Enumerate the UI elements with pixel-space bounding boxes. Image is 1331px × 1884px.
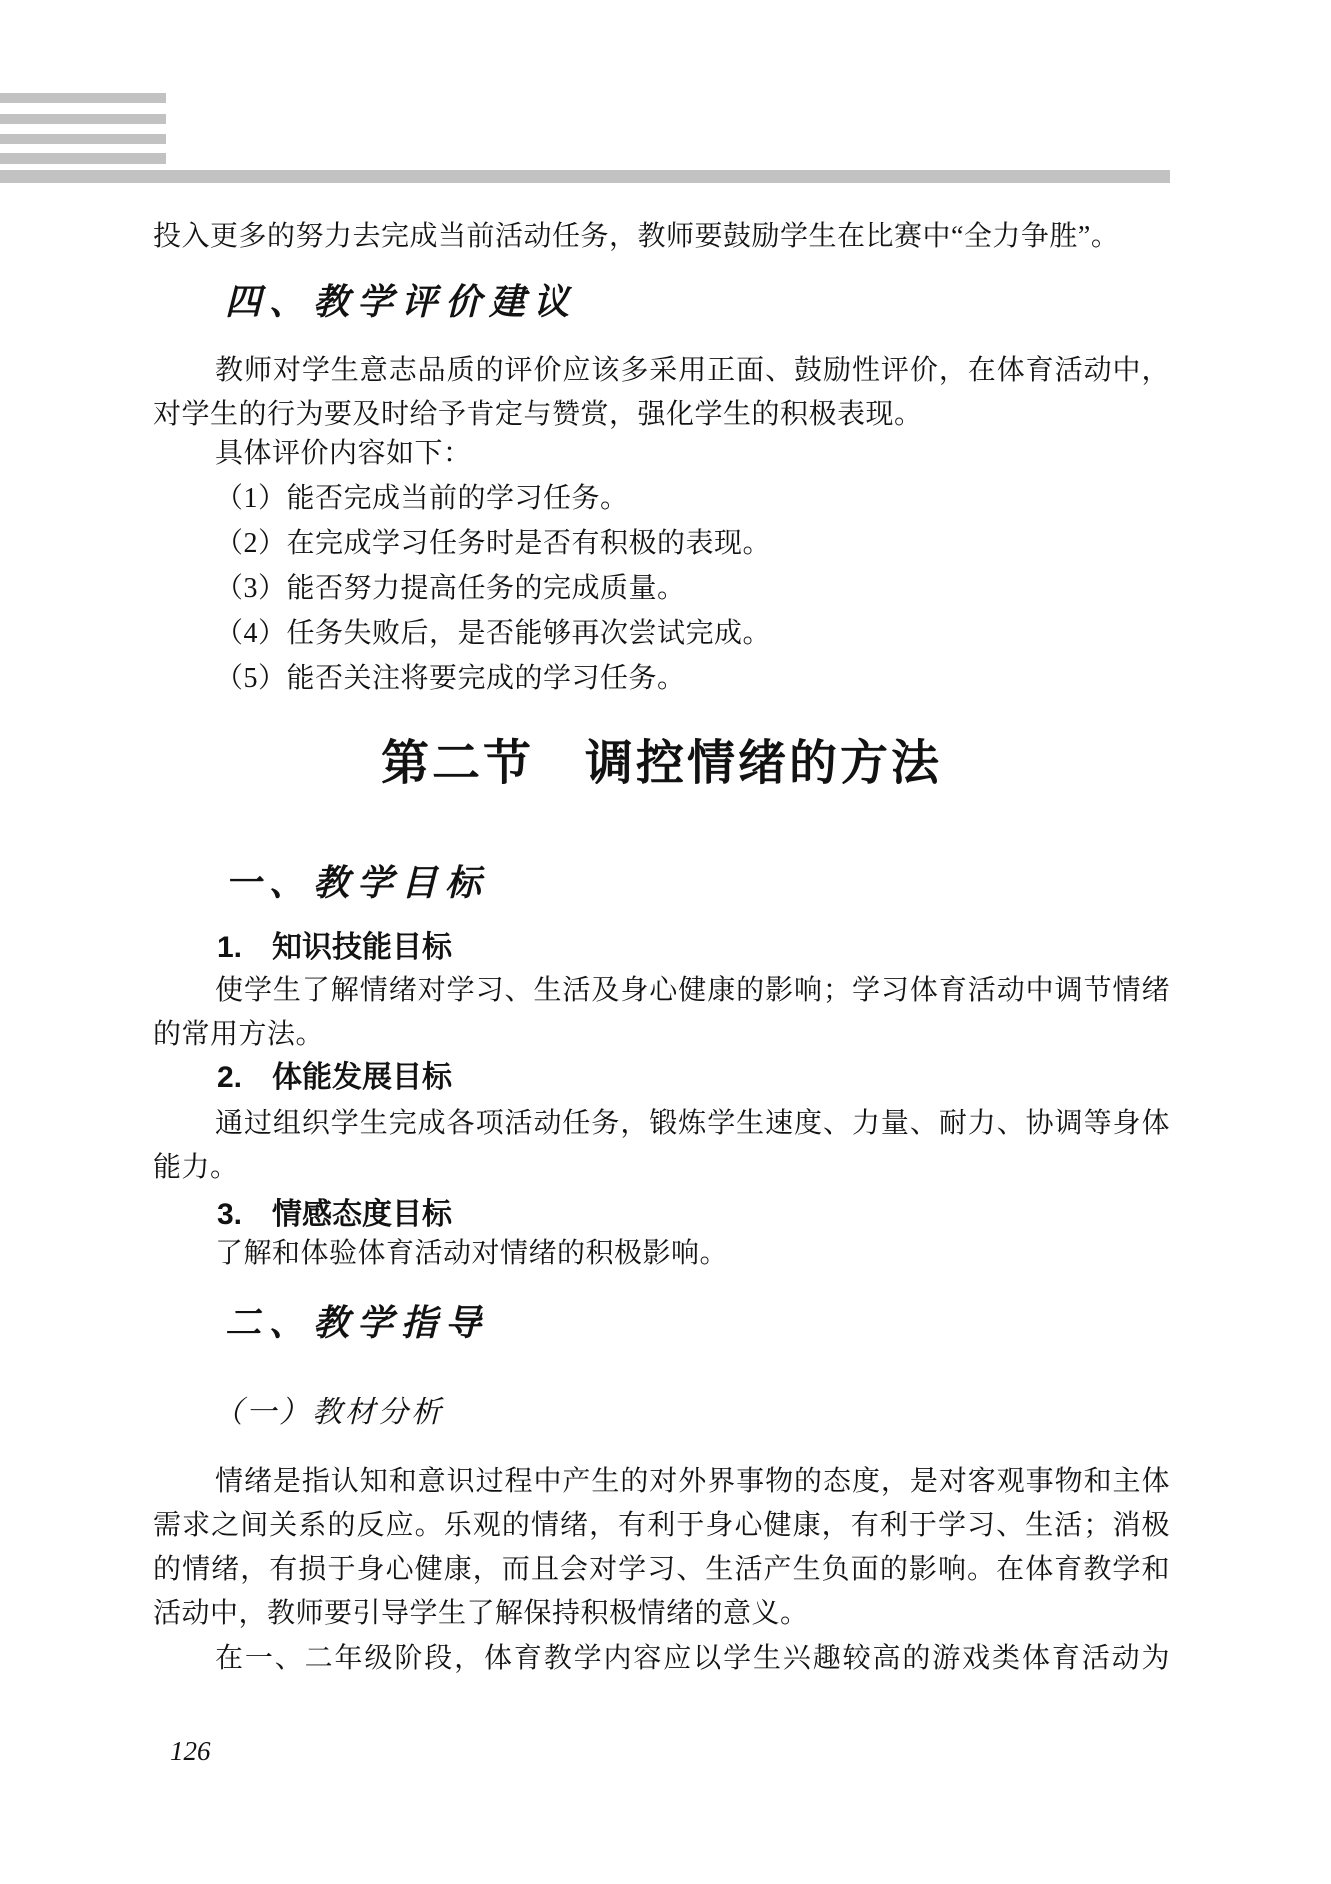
deco-bar-2 <box>0 114 166 124</box>
eval-lead-in: 具体评价内容如下： <box>153 432 1170 476</box>
intro-continuation-line: 投入更多的努力去完成当前活动任务，教师要鼓励学生在比赛中“全力争胜”。 <box>153 215 1170 259</box>
guidance-paragraph-1: 情绪是指认知和意识过程中产生的对外界事物的态度，是对客观事物和主体需求之间关系的… <box>153 1460 1170 1636</box>
eval-item-2: （2）在完成学习任务时是否有积极的表现。 <box>153 521 1170 566</box>
section-eval-heading: 四、教学评价建议 <box>153 278 1242 326</box>
page-number: 126 <box>170 1736 211 1767</box>
objectives-heading: 一、教学目标 <box>153 859 1242 907</box>
guidance-paragraph-2: 在一、二年级阶段，体育教学内容应以学生兴趣较高的游戏类体育活动为 <box>153 1637 1170 1681</box>
goal-2-title: 2. 体能发展目标 <box>153 1056 1234 1100</box>
goal-3-title: 3. 情感态度目标 <box>153 1193 1234 1237</box>
eval-item-4: （4）任务失败后，是否能够再次尝试完成。 <box>153 611 1170 656</box>
deco-bar-3 <box>0 134 166 144</box>
guidance-heading: 二、教学指导 <box>153 1299 1242 1347</box>
deco-bar-4 <box>0 153 166 164</box>
goal-1-title: 1. 知识技能目标 <box>153 926 1234 970</box>
deco-bar-1 <box>0 93 166 103</box>
eval-item-3: （3）能否努力提高任务的完成质量。 <box>153 566 1170 611</box>
eval-item-1: （1）能否完成当前的学习任务。 <box>153 476 1170 521</box>
book-page: 投入更多的努力去完成当前活动任务，教师要鼓励学生在比赛中“全力争胜”。 四、教学… <box>0 0 1331 1884</box>
goal-2-text: 通过组织学生完成各项活动任务，锻炼学生速度、力量、耐力、协调等身体能力。 <box>153 1102 1170 1190</box>
goal-1-text: 使学生了解情绪对学习、生活及身心健康的影响；学习体育活动中调节情绪的常用方法。 <box>153 969 1170 1057</box>
guidance-sub-heading: （一）教材分析 <box>153 1391 1230 1435</box>
eval-item-5: （5）能否关注将要完成的学习任务。 <box>153 656 1170 701</box>
section-title: 第二节 调控情绪的方法 <box>153 734 1170 794</box>
eval-item-list: （1）能否完成当前的学习任务。 （2）在完成学习任务时是否有积极的表现。 （3）… <box>153 476 1170 701</box>
goal-3-text: 了解和体验体育活动对情绪的积极影响。 <box>153 1232 1170 1276</box>
eval-paragraph: 教师对学生意志品质的评价应该多采用正面、鼓励性评价，在体育活动中，对学生的行为要… <box>153 349 1170 437</box>
deco-bar-full <box>0 170 1170 183</box>
